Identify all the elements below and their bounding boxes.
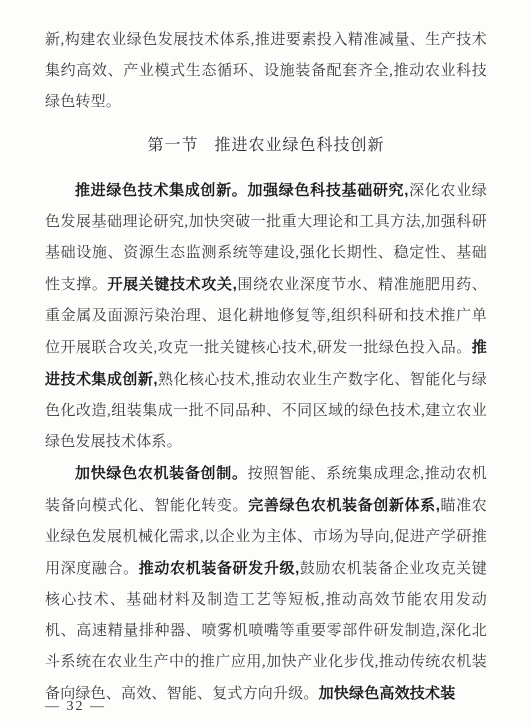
text-run-bold: 推进绿色技术集成创新。加强绿色科技基础研究, xyxy=(75,182,409,199)
text-run-bold: 开展关键技术攻关, xyxy=(108,276,237,293)
paragraph-green-machinery: 加快绿色农机装备创制。按照智能、系统集成理念,推动农机装备向模式化、智能化转变。… xyxy=(45,458,487,710)
section-number: 第一节 xyxy=(147,137,198,154)
section-heading: 第一节推进农业绿色科技创新 xyxy=(45,130,487,161)
text-run-bold: 加快绿色农机装备创制。 xyxy=(75,465,248,482)
text-run-bold: 推动农机装备研发升级, xyxy=(139,560,300,577)
text-run-regular: 鼓励农机装备企业攻克关键核心技术、基础材料及制造工艺等短板,推动高效节能农用发动… xyxy=(45,561,487,702)
document-page: 新,构建农业绿色发展技术体系,推进要素投入精准减量、生产技术集约高效、产业模式生… xyxy=(0,0,531,726)
text-run-bold: 加快绿色高效技术装 xyxy=(319,685,456,702)
text-run-bold: 完善绿色农机装备创新体系, xyxy=(248,497,440,514)
page-number: — 32 — xyxy=(45,699,106,714)
paragraph-continuation: 新,构建农业绿色发展技术体系,推进要素投入精准减量、生产技术集约高效、产业模式生… xyxy=(45,25,487,118)
section-title: 推进农业绿色科技创新 xyxy=(215,137,385,154)
paragraph-green-tech-innovation: 推进绿色技术集成创新。加强绿色科技基础研究,深化农业绿色发展基础理论研究,加快突… xyxy=(45,175,487,458)
page-footer: — 32 — xyxy=(45,700,106,714)
text-run-regular: 新,构建农业绿色发展技术体系,推进要素投入精准减量、生产技术集约高效、产业模式生… xyxy=(45,32,487,110)
page-content: 新,构建农业绿色发展技术体系,推进要素投入精准减量、生产技术集约高效、产业模式生… xyxy=(45,25,487,710)
